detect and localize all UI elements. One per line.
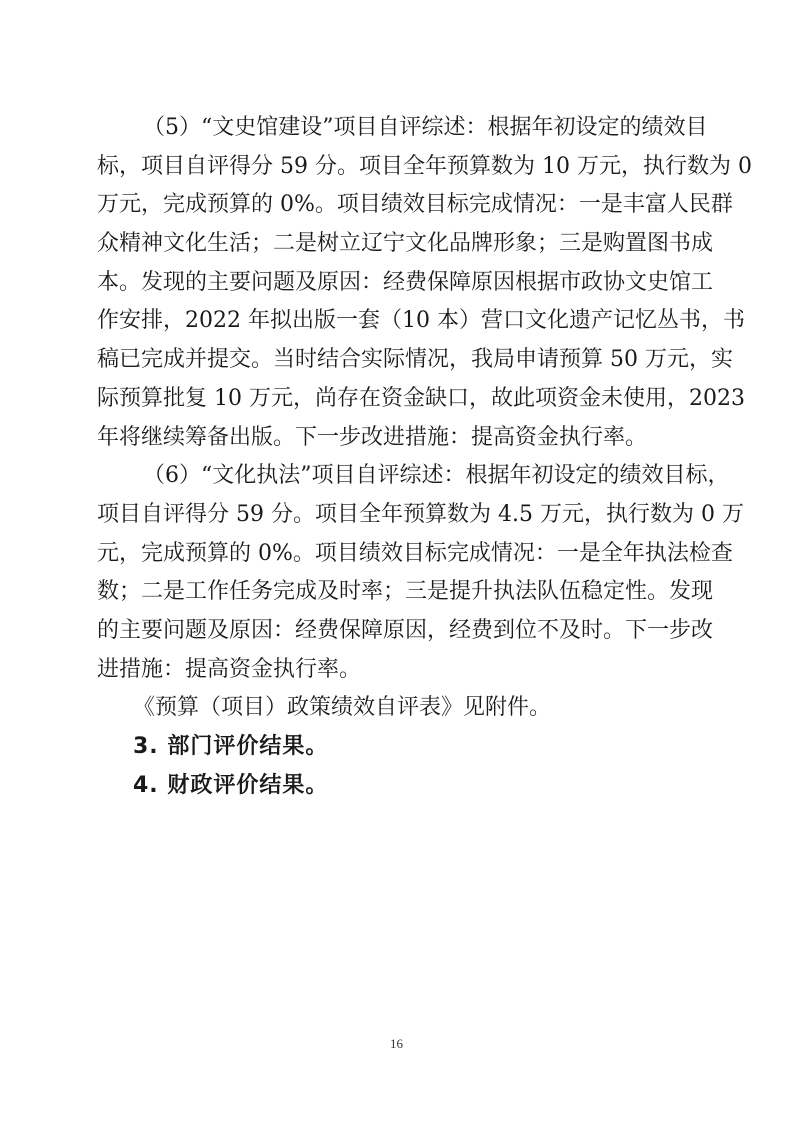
paragraph-line: （6）“文化执法”项目自评综述：根据年初设定的绩效目标， bbox=[97, 457, 699, 496]
paragraph-line: 的主要问题及原因：经费保障原因，经费到位不及时。下一步改 bbox=[97, 612, 699, 651]
paragraph-line: 万元，完成预算的 0%。项目绩效目标完成情况：一是丰富人民群 bbox=[97, 186, 699, 225]
paragraph-line: （5）“文史馆建设”项目自评综述：根据年初设定的绩效目 bbox=[97, 109, 699, 148]
paragraph-line: 稿已完成并提交。当时结合实际情况，我局申请预算 50 万元，实 bbox=[97, 341, 699, 380]
paragraph-wenhua-zhifa: （6）“文化执法”项目自评综述：根据年初设定的绩效目标， 项目自评得分 59 分… bbox=[97, 457, 699, 689]
paragraph-line: 年将继续筹备出版。下一步改进措施：提高资金执行率。 bbox=[97, 419, 699, 458]
paragraph-line: 作安排，2022 年拟出版一套（10 本）营口文化遗产记忆丛书，书 bbox=[97, 302, 699, 341]
page-number: 16 bbox=[0, 1036, 793, 1052]
paragraph-line: 际预算批复 10 万元，尚存在资金缺口，故此项资金未使用，2023 bbox=[97, 380, 699, 419]
attachment-note: 《预算（项目）政策绩效自评表》见附件。 bbox=[97, 689, 699, 728]
paragraph-line: 众精神文化生活；二是树立辽宁文化品牌形象；三是购置图书成 bbox=[97, 225, 699, 264]
paragraph-line: 进措施：提高资金执行率。 bbox=[97, 651, 699, 690]
paragraph-line: 标，项目自评得分 59 分。项目全年预算数为 10 万元，执行数为 0 bbox=[97, 148, 699, 187]
paragraph-line: 数；二是工作任务完成及时率；三是提升执法队伍稳定性。发现 bbox=[97, 573, 699, 612]
paragraph-line: 本。发现的主要问题及原因：经费保障原因根据市政协文史馆工 bbox=[97, 264, 699, 303]
paragraph-line: 项目自评得分 59 分。项目全年预算数为 4.5 万元，执行数为 0 万 bbox=[97, 496, 699, 535]
heading-finance-evaluation: 4. 财政评价结果。 bbox=[97, 767, 699, 806]
paragraph-line: 元，完成预算的 0%。项目绩效目标完成情况：一是全年执法检查 bbox=[97, 535, 699, 574]
paragraph-wenshiguan: （5）“文史馆建设”项目自评综述：根据年初设定的绩效目 标，项目自评得分 59 … bbox=[97, 109, 699, 457]
heading-dept-evaluation: 3. 部门评价结果。 bbox=[97, 728, 699, 767]
document-page: （5）“文史馆建设”项目自评综述：根据年初设定的绩效目 标，项目自评得分 59 … bbox=[97, 109, 699, 805]
